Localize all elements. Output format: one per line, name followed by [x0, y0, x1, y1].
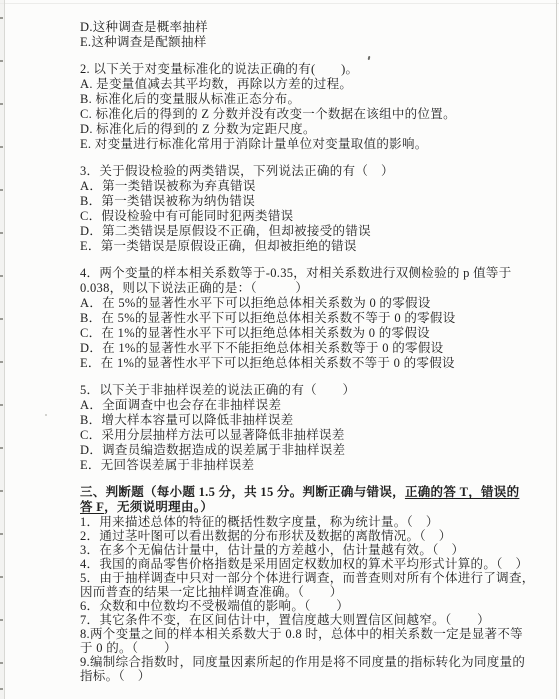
question-5-block: 5．以下关于非抽样误差的说法正确的有（ ） A．全面调查中也会存在非抽样误差 B… — [80, 383, 490, 473]
scan-artifact-dot — [45, 414, 47, 416]
q2-option-b: B. 标准化后的变量服从标准正态分布。 — [80, 92, 490, 107]
judgment-item-2: 2．通过茎叶图可以看出数据的分布形状及数据的离散情况。（ ） — [80, 529, 490, 543]
q5-option-e: E．无回答误差属于非抽样误差 — [80, 458, 490, 473]
judgment-item-9-line-2: 指标。（ ） — [80, 669, 490, 683]
scan-edge-tick — [0, 103, 3, 105]
q4-option-a: A．在 5%的显著性水平下可以拒绝总体相关系数为 0 的零假设 — [80, 296, 490, 311]
question-3-block: 3．关于假设检验的两类错误，下列说法正确的有（ ） A．第一类错误被称为弃真错误… — [80, 164, 490, 254]
q5-option-a: A．全面调查中也会存在非抽样误差 — [80, 398, 490, 413]
scan-edge-tick — [0, 619, 3, 621]
scan-edge-tick — [0, 576, 3, 578]
page-top-edge-line — [0, 3, 559, 4]
q3-stem: 3．关于假设检验的两类错误，下列说法正确的有（ ） — [80, 164, 490, 179]
scan-edge-tick — [0, 275, 3, 277]
page-left-edge-line — [4, 0, 5, 699]
q3-option-a: A．第一类错误被称为弃真错误 — [80, 179, 490, 194]
judgment-item-9-line-1: 9.编制综合指数时，同度量因素所起的作用是将不同度量的指标转化为同度量的 — [80, 655, 490, 669]
scan-edge-tick — [0, 318, 3, 320]
scan-edge-tick — [0, 533, 3, 535]
judgment-item-7: 7．其它条件不变，在区间估计中，置信度越大则置信区间越窄。（ ） — [80, 613, 490, 627]
page-right-edge-line — [556, 0, 557, 699]
scan-edge-tick — [0, 662, 3, 664]
judgment-header-line-1: 三、判断题（每小题 1.5 分，共 15 分。判断正确与错误，正确的答 T，错误… — [80, 485, 490, 500]
judgment-item-8-line-2: 于 0 的。（ ） — [80, 641, 490, 655]
q2-stem: 2. 以下关于对变量标准化的说法正确的有( )。 — [80, 62, 490, 77]
q4-stem-line-2: 0.038，则以下说法正确的是：（ ） — [80, 281, 490, 296]
q5-option-d: D．调查员编造数据造成的误差属于非抽样误差 — [80, 443, 490, 458]
q5-option-c: C．采用分层抽样方法可以显著降低非抽样误差 — [80, 428, 490, 443]
question-2-block: 2. 以下关于对变量标准化的说法正确的有( )。 A. 是变量值减去其平均数，再… — [80, 62, 490, 152]
scan-edge-tick — [0, 17, 3, 19]
judgment-section-header: 三、判断题（每小题 1.5 分，共 15 分。判断正确与错误，正确的答 T，错误… — [80, 485, 490, 515]
scan-edge-tick — [0, 146, 3, 148]
judgment-header-underlined-2: 答 F — [80, 500, 104, 514]
carryover-options-block: D.这种调查是概率抽样 E.这种调查是配额抽样 — [80, 20, 490, 50]
document-content: D.这种调查是概率抽样 E.这种调查是配额抽样 2. 以下关于对变量标准化的说法… — [80, 20, 490, 683]
q5-option-b: B．增大样本容量可以降低非抽样误差 — [80, 413, 490, 428]
scanned-exam-page: D.这种调查是概率抽样 E.这种调查是配额抽样 2. 以下关于对变量标准化的说法… — [0, 0, 559, 699]
judgment-header-underlined-1: 正确的答 T，错误的 — [405, 485, 519, 499]
q4-stem-line-1: 4．两个变量的样本相关系数等于-0.35，对相关系数进行双侧检验的 p 值等于 — [80, 266, 490, 281]
question-4-block: 4．两个变量的样本相关系数等于-0.35，对相关系数进行双侧检验的 p 值等于 … — [80, 266, 490, 371]
judgment-item-3: 3．在多个无偏估计量中，估计量的方差越小，估计量越有效。（ ） — [80, 543, 490, 557]
judgment-section-block: 三、判断题（每小题 1.5 分，共 15 分。判断正确与错误，正确的答 T，错误… — [80, 485, 490, 683]
judgment-item-5-line-1: 5．由于抽样调查中只对一部分个体进行调查，而普查则对所有个体进行了调查， — [80, 571, 490, 585]
q4-option-c: C．在 1%的显著性水平下可以拒绝总体相关系数为 0 的零假设 — [80, 326, 490, 341]
q3-option-e: E．第一类错误是原假设正确，但却被拒绝的错误 — [80, 239, 490, 254]
q3-option-d: D．第二类错误是原假设不正确，但却被接受的错误 — [80, 224, 490, 239]
judgment-item-6: 6．众数和中位数均不受极端值的影响。（ ） — [80, 599, 490, 613]
scan-edge-tick — [0, 60, 3, 62]
carryover-option-d: D.这种调查是概率抽样 — [80, 20, 490, 35]
q2-option-a: A. 是变量值减去其平均数，再除以方差的过程。 — [80, 77, 490, 92]
carryover-option-e: E.这种调查是配额抽样 — [80, 35, 490, 50]
scan-edge-tick — [0, 447, 3, 449]
scan-edge-tick — [0, 232, 3, 234]
q4-option-b: B．在 5%的显著性水平下可以拒绝总体相关系数不等于 0 的零假设 — [80, 311, 490, 326]
q4-option-d: D．在 1%的显著性水平下不能拒绝总体相关系数等于 0 的零假设 — [80, 341, 490, 356]
scan-edge-tick — [0, 688, 3, 690]
q4-option-e: E．在 1%的显著性水平下可以拒绝总体相关系数不等于 0 的零假设 — [80, 356, 490, 371]
judgment-item-4: 4．我国的商品零售价格指数是采用固定权数加权的算术平均形式计算的。（ ） — [80, 557, 490, 571]
scan-edge-tick — [0, 490, 3, 492]
judgment-item-5-line-2: 因而普查的结果一定比抽样调查准确。（ ） — [80, 585, 490, 599]
q2-option-d: D. 标准化后的得到的 Z 分数为定距尺度。 — [80, 122, 490, 137]
judgment-header-text: ，无须说明理由。） — [104, 500, 213, 514]
judgment-item-8-line-1: 8.两个变量之间的样本相关系数大于 0.8 时，总体中的相关系数一定是显著不等 — [80, 627, 490, 641]
judgment-header-line-2: 答 F，无须说明理由。） — [80, 500, 490, 515]
q3-option-c: C．假设检验中有可能同时犯两类错误 — [80, 209, 490, 224]
q5-stem: 5．以下关于非抽样误差的说法正确的有（ ） — [80, 383, 490, 398]
scan-edge-tick — [0, 189, 3, 191]
scan-edge-tick — [0, 404, 3, 406]
judgment-header-text: 三、判断题（每小题 1.5 分，共 15 分。判断正确与错误， — [80, 485, 405, 499]
q2-option-c: C. 标准化后的得到的 Z 分数并没有改变一个数据在该组中的位置。 — [80, 107, 490, 122]
q2-option-e: E. 对变量进行标准化常用于消除计量单位对变量取值的影响。 — [80, 137, 490, 152]
q3-option-b: B．第一类错误被称为纳伪错误 — [80, 194, 490, 209]
judgment-item-1: 1．用来描述总体的特征的概括性数字度量，称为统计量。（ ） — [80, 515, 490, 529]
scan-edge-tick — [0, 361, 3, 363]
